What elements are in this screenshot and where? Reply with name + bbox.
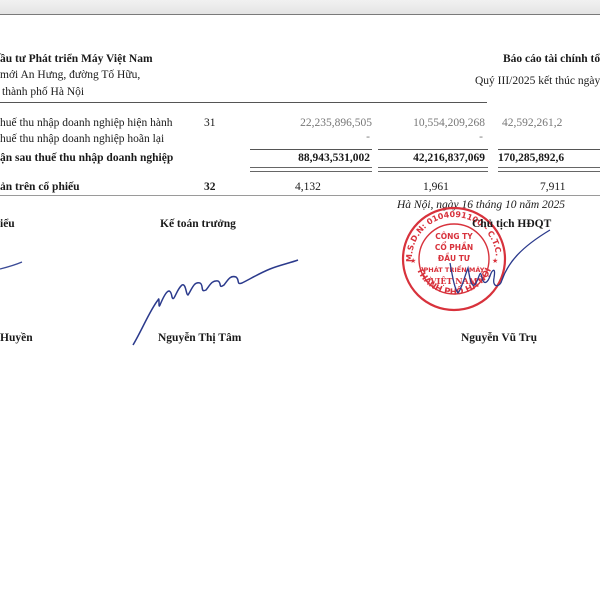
row-note: 32 (204, 181, 216, 193)
address-line-1: mới An Hưng, đường Tố Hữu, (0, 69, 140, 81)
svg-text:★: ★ (410, 257, 416, 265)
row-col2: 42,216,837,069 (380, 152, 485, 164)
table-bottom-rule (0, 195, 600, 196)
row-label: huế thu nhập doanh nghiệp hiện hành (0, 117, 172, 129)
row-col1: 22,235,896,505 (250, 117, 372, 129)
preparer-signature (0, 255, 25, 275)
chairman-name: Nguyễn Vũ Trụ (461, 332, 537, 344)
double-underline (250, 167, 372, 172)
preparer-title: iểu (0, 218, 15, 230)
company-name: ầu tư Phát triển Máy Việt Nam (0, 53, 153, 65)
address-line-2: thành phố Hà Nội (2, 86, 84, 98)
row-col3: 42,592,261,2 (502, 117, 562, 129)
row-label: huế thu nhập doanh nghiệp hoãn lại (0, 133, 164, 145)
report-title: Báo cáo tài chính tổ (503, 53, 600, 65)
row-col1: 4,132 (295, 181, 321, 193)
row-label: ản trên cổ phiếu (0, 181, 80, 193)
report-period: Quý III/2025 kết thúc ngày (475, 75, 600, 87)
row-label: ận sau thuế thu nhập doanh nghiệp (0, 152, 173, 164)
row-col1: 88,943,531,002 (250, 152, 370, 164)
row-col2: - (380, 131, 483, 143)
total-top-line (250, 149, 372, 150)
top-gray-strip (0, 0, 600, 15)
accountant-name: Nguyễn Thị Tâm (158, 332, 241, 344)
row-col1: - (250, 131, 370, 143)
preparer-name: Huyền (0, 332, 33, 344)
double-underline (498, 167, 600, 172)
accountant-title: Kế toán trưởng (160, 218, 236, 230)
header-underline (0, 102, 487, 103)
row-col2: 1,961 (423, 181, 449, 193)
total-top-line (378, 149, 488, 150)
double-underline (378, 167, 488, 172)
chairman-signature (430, 218, 560, 298)
total-top-line (498, 149, 600, 150)
row-note: 31 (204, 117, 216, 129)
row-col2: 10,554,209,268 (380, 117, 485, 129)
row-col3: 7,911 (540, 181, 565, 193)
row-col3: 170,285,892,6 (498, 152, 564, 164)
